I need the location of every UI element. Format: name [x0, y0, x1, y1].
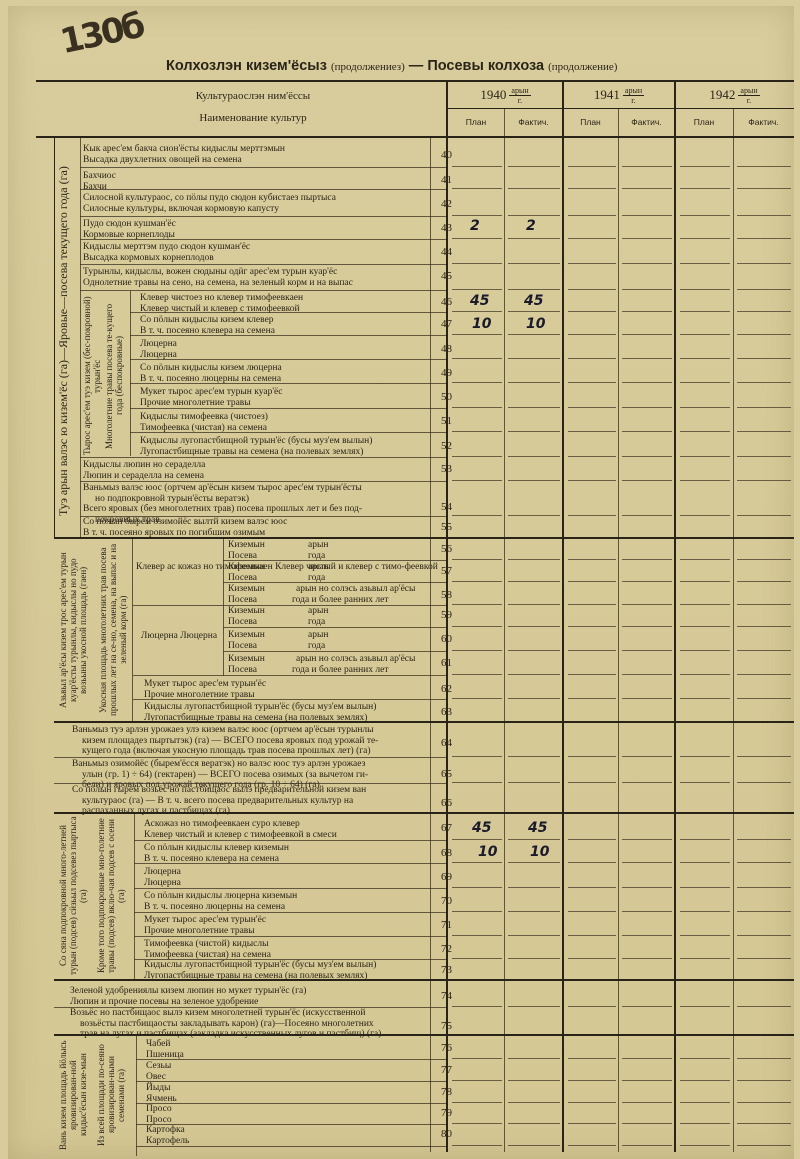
cell-underline [568, 382, 616, 383]
row-56: КиземынарынПосевагода [228, 540, 265, 561]
row-rule [130, 335, 446, 336]
cell-underline [508, 782, 560, 783]
cell-underline [508, 334, 560, 335]
row-number: 61 [438, 657, 455, 669]
row-rule [136, 1103, 446, 1104]
row-number: 66 [438, 797, 455, 809]
col-plan-1940: План [448, 110, 504, 134]
cell-underline [680, 650, 730, 651]
handwritten-page-number: 130б [57, 6, 146, 62]
cell-underline [508, 407, 560, 408]
col-divider [733, 108, 734, 1152]
cell-underline [508, 358, 560, 359]
cell-underline [568, 1123, 616, 1124]
cell-underline [622, 626, 672, 627]
cell-underline [508, 604, 560, 605]
row-number: 53 [438, 463, 455, 475]
row-80: КартофкаКартофель [146, 1125, 189, 1146]
cell-underline [452, 839, 502, 840]
row-number: 68 [438, 847, 455, 859]
row-76: ЧабейПшеница [146, 1039, 184, 1060]
cell-underline [680, 1080, 730, 1081]
cell-underline [508, 862, 560, 863]
cell-underline [737, 862, 791, 863]
cell-underline [452, 289, 502, 290]
row-number: 80 [438, 1128, 455, 1140]
cell-underline [622, 238, 672, 239]
cell-underline [737, 674, 791, 675]
cell-underline [568, 480, 616, 481]
row-73: Кидыслы лугопастбищной турын'ёс (бусы му… [144, 960, 376, 981]
row-rule [134, 888, 446, 889]
year-header-1940: 1940 арынг. [448, 82, 563, 108]
cell-underline [568, 650, 616, 651]
group-label-hay-area-ru: Укосная площадь многолетних трав посева … [98, 541, 130, 719]
cell-underline [737, 1080, 791, 1081]
row-number: 79 [438, 1107, 455, 1119]
col-plan-1942: План [675, 110, 733, 134]
label-clover-group: Клевер ас кожаз но тимофеевкаен Клевер ч… [136, 562, 222, 573]
cell-underline [622, 188, 672, 189]
cell-underline [680, 480, 730, 481]
culture-name-russian: Наименование культур [68, 108, 438, 128]
cell-underline [622, 839, 672, 840]
cell-underline [737, 215, 791, 216]
col-divider [504, 108, 505, 1152]
row-number: 63 [438, 706, 455, 718]
fact-1940-row-46[interactable]: 45 [524, 293, 543, 309]
cell-underline [680, 311, 730, 312]
row-rule [80, 481, 446, 482]
row-64: Ваньмыз туэ арлэн урожаез улэ кизем валэ… [72, 725, 378, 757]
cell-underline [452, 782, 502, 783]
cell-underline [568, 581, 616, 582]
group-label-vernalized-ru: Из всей площади по-сеяно яровизирован-ны… [96, 1038, 136, 1152]
cell-underline [622, 650, 672, 651]
row-rule [54, 757, 446, 758]
cell-underline [568, 559, 616, 560]
cell-underline [568, 1006, 616, 1007]
cell-underline [508, 581, 560, 582]
row-rule [133, 605, 446, 606]
cell-underline [452, 515, 502, 516]
culture-name-udmurt: Культураослэн ним'ёссы [68, 86, 438, 106]
cell-underline [508, 1102, 560, 1103]
cell-underline [737, 382, 791, 383]
cell-underline [508, 431, 560, 432]
cell-underline [680, 887, 730, 888]
cell-underline [568, 334, 616, 335]
cell-underline [508, 958, 560, 959]
cell-underline [737, 334, 791, 335]
cell-underline [737, 515, 791, 516]
row-66: Со пӧлын гырем возьёс но пастбищаос вылэ… [72, 785, 366, 817]
row-75: Возьёс но пастбищаос вылэ кизем многолет… [70, 1008, 381, 1040]
cell-underline [508, 480, 560, 481]
cell-underline [568, 431, 616, 432]
cell-underline [737, 958, 791, 959]
row-number: 47 [438, 318, 455, 330]
cell-underline [680, 604, 730, 605]
fact-1940-row-68[interactable]: 10 [530, 844, 549, 860]
row-number: 51 [438, 415, 455, 427]
row-rule [130, 383, 446, 384]
cell-underline [508, 215, 560, 216]
col-divider [562, 82, 564, 1152]
row-number: 41 [438, 174, 455, 186]
cell-underline [737, 911, 791, 912]
row-number: 56 [438, 543, 455, 555]
cell-underline [452, 188, 502, 189]
plan-1940-row-43[interactable]: 2 [470, 218, 480, 234]
row-rule [54, 783, 446, 784]
cell-underline [680, 1102, 730, 1103]
row-rule [80, 167, 446, 168]
row-number: 64 [438, 737, 455, 749]
cell-underline [568, 215, 616, 216]
row-number: 46 [438, 296, 455, 308]
row-rule [80, 457, 446, 458]
row-rule [223, 627, 446, 628]
row-rule [223, 560, 446, 561]
row-number: 58 [438, 589, 455, 601]
row-51: Кидыслы тимофеевка (чистоез)Тимофеевка (… [140, 412, 268, 433]
row-77: СезьыОвес [146, 1061, 171, 1082]
cell-underline [680, 431, 730, 432]
fact-1940-row-47[interactable]: 10 [526, 316, 545, 332]
year-1941: 1941 [594, 87, 620, 103]
cell-underline [622, 958, 672, 959]
cell-underline [737, 263, 791, 264]
year-suffix: арынг. [623, 86, 644, 105]
cell-underline [452, 1145, 502, 1146]
cell-underline [737, 358, 791, 359]
row-52: Кидыслы лугопастбищной турын'ёс (бусы му… [140, 436, 372, 457]
group-label-spring-sowing: Туэ арын валэс ю кизем'ёс (га)—Яровые—по… [58, 146, 80, 536]
cell-underline [737, 604, 791, 605]
cell-underline [622, 515, 672, 516]
row-50: Мукет тырос арес'ем турын куар'ёсПрочие … [140, 387, 282, 408]
cell-underline [508, 911, 560, 912]
cell-underline [452, 559, 502, 560]
cell-underline [452, 238, 502, 239]
cell-underline [622, 887, 672, 888]
cell-underline [452, 311, 502, 312]
row-74: Зеленой удобрениялы кизем люпин но мукет… [70, 986, 306, 1007]
cell-underline [622, 911, 672, 912]
cell-underline [622, 215, 672, 216]
row-rule [223, 582, 446, 583]
row-rule [133, 699, 446, 700]
group-label-perennial-ru: Многолетние травы посева те-кущего года … [104, 296, 128, 456]
cell-underline [680, 911, 730, 912]
cell-underline [680, 626, 730, 627]
col-plan-1941: План [563, 110, 618, 134]
cell-underline [452, 431, 502, 432]
cell-underline [568, 756, 616, 757]
group-divider [132, 539, 133, 721]
cell-underline [568, 289, 616, 290]
cell-underline [622, 1145, 672, 1146]
cell-underline [680, 1123, 730, 1124]
group-divider [80, 138, 81, 538]
cell-underline [452, 166, 502, 167]
cell-underline [568, 674, 616, 675]
cell-underline [452, 334, 502, 335]
row-71: Мукет тырос арес'ем турын'ёсПрочие много… [144, 915, 266, 936]
cell-underline [680, 958, 730, 959]
row-rule [133, 675, 446, 676]
cell-underline [568, 935, 616, 936]
row-67: Аскожаз но тимофеевкаен суро клеверКлеве… [144, 819, 337, 840]
cell-underline [622, 756, 672, 757]
row-number: 50 [438, 391, 455, 403]
row-70: Со пӧлын кидыслы люцерна киземынВ т. ч. … [144, 891, 297, 912]
cell-underline [622, 1058, 672, 1059]
cell-underline [568, 1102, 616, 1103]
cell-underline [680, 1145, 730, 1146]
row-61: Киземынарын но солэсь азьвыл ар'ёсыПосев… [228, 654, 265, 675]
row-79: ПросоПросо [146, 1104, 172, 1125]
cell-underline [680, 1006, 730, 1007]
cell-underline [452, 1058, 502, 1059]
cell-underline [737, 698, 791, 699]
row-number: 78 [438, 1086, 455, 1098]
cell-underline [508, 311, 560, 312]
title-russian: Посевы колхоза [427, 58, 544, 74]
cell-underline [568, 887, 616, 888]
row-55: Со пӧлын бырем озимойёс вылтй кизем валэ… [83, 517, 287, 538]
row-42: Силосной культураос, со пӧлы пудо сюдон … [83, 193, 336, 214]
cell-underline [622, 559, 672, 560]
cell-underline [680, 756, 730, 757]
cell-underline [452, 756, 502, 757]
row-number: 70 [438, 895, 455, 907]
row-number: 52 [438, 440, 455, 452]
cell-underline [568, 698, 616, 699]
row-number: 44 [438, 246, 455, 258]
row-rule [134, 863, 446, 864]
row-69: ЛюцернаЛюцерна [144, 867, 181, 888]
row-rule [130, 359, 446, 360]
page-title: Колхозлэн кизем'ёсыз (продолжениез) — По… [166, 58, 726, 74]
group-label-undersown-ru: Кроме того подпокровные мно-голетние тра… [96, 816, 132, 976]
fact-1940-row-43[interactable]: 2 [526, 218, 536, 234]
cell-underline [568, 263, 616, 264]
cell-underline [680, 215, 730, 216]
cell-underline [508, 166, 560, 167]
cell-underline [568, 166, 616, 167]
cell-underline [508, 839, 560, 840]
row-57: КиземынарынПосевагода [228, 562, 265, 583]
cell-underline [737, 839, 791, 840]
cell-underline [622, 674, 672, 675]
row-number: 62 [438, 683, 455, 695]
cell-underline [622, 358, 672, 359]
cell-underline [680, 289, 730, 290]
row-number: 69 [438, 871, 455, 883]
title-dash: — [409, 58, 424, 74]
cell-underline [508, 515, 560, 516]
cell-underline [622, 782, 672, 783]
cell-underline [452, 862, 502, 863]
row-number: 40 [438, 149, 455, 161]
cell-underline [737, 166, 791, 167]
cell-underline [508, 1145, 560, 1146]
cell-underline [452, 480, 502, 481]
cell-underline [508, 626, 560, 627]
row-48: ЛюцернаЛюцерна [140, 339, 177, 360]
cell-underline [622, 1123, 672, 1124]
cell-underline [508, 935, 560, 936]
cell-underline [568, 626, 616, 627]
cell-underline [568, 238, 616, 239]
row-58: Киземынарын но солэсь азьвыл ар'ёсыПосев… [228, 584, 265, 605]
cell-underline [508, 559, 560, 560]
year-subheader-rule [448, 108, 794, 109]
row-number: 49 [438, 367, 455, 379]
row-68: Со пӧлын кидыслы клевер киземынВ т. ч. п… [144, 843, 289, 864]
cell-underline [452, 935, 502, 936]
cell-underline [568, 456, 616, 457]
cell-underline [737, 407, 791, 408]
cell-underline [508, 698, 560, 699]
group-divider [134, 814, 135, 979]
row-number: 60 [438, 633, 455, 645]
label-lucerne-group: Люцерна Люцерна [136, 631, 222, 642]
cell-underline [452, 911, 502, 912]
cell-underline [737, 311, 791, 312]
row-rule [136, 1146, 446, 1147]
cell-underline [737, 1102, 791, 1103]
row-number: 42 [438, 198, 455, 210]
cell-underline [568, 515, 616, 516]
col-divider [618, 108, 619, 1152]
cell-underline [622, 431, 672, 432]
title-udmurt: Колхозлэн кизем'ёсыз [166, 58, 327, 74]
cell-underline [680, 674, 730, 675]
cell-underline [508, 756, 560, 757]
row-rule [223, 651, 446, 652]
plan-1940-row-46[interactable]: 45 [470, 293, 489, 309]
row-46: Клевер чистоез но клевер тимофеевкаенКле… [140, 293, 303, 314]
cell-underline [680, 263, 730, 264]
cell-underline [622, 1102, 672, 1103]
col-divider [674, 82, 676, 1152]
cell-underline [680, 862, 730, 863]
row-number: 72 [438, 943, 455, 955]
year-1942: 1942 [709, 87, 735, 103]
cell-underline [680, 698, 730, 699]
cell-underline [508, 650, 560, 651]
row-59: КиземынарынПосевагода [228, 606, 265, 627]
cell-underline [508, 1123, 560, 1124]
cell-underline [622, 935, 672, 936]
group-divider [54, 138, 55, 538]
cell-underline [452, 650, 502, 651]
cell-underline [508, 188, 560, 189]
row-number: 67 [438, 822, 455, 834]
cell-underline [622, 581, 672, 582]
cell-underline [568, 958, 616, 959]
row-number: 57 [438, 565, 455, 577]
cell-underline [452, 1123, 502, 1124]
cell-underline [568, 311, 616, 312]
row-45: Турынлы, кидыслы, вожен сюдыны одӥг арес… [83, 267, 353, 288]
cell-underline [737, 456, 791, 457]
cell-underline [680, 358, 730, 359]
cell-underline [622, 289, 672, 290]
cell-underline [452, 581, 502, 582]
cell-underline [737, 581, 791, 582]
row-rule [134, 840, 446, 841]
row-63: Кидыслы лугопастбищной турын'ёс (бусы му… [144, 702, 376, 723]
cell-underline [737, 887, 791, 888]
cell-underline [737, 559, 791, 560]
row-number: 45 [438, 270, 455, 282]
cell-underline [508, 382, 560, 383]
cell-underline [508, 456, 560, 457]
cell-underline [680, 407, 730, 408]
cell-underline [622, 166, 672, 167]
row-number: 59 [438, 609, 455, 621]
row-number: 77 [438, 1064, 455, 1076]
cell-underline [622, 334, 672, 335]
cell-underline [508, 887, 560, 888]
cell-underline [452, 604, 502, 605]
plan-1940-row-68[interactable]: 10 [478, 844, 497, 860]
row-rule [134, 936, 446, 937]
cell-underline [568, 1058, 616, 1059]
group-label-perennial-udm: Тырос арес'ем туэ кизем (бес-покровной) … [82, 296, 106, 456]
cell-underline [680, 1058, 730, 1059]
col-fact-1941: Фактич. [618, 110, 675, 134]
cell-underline [622, 604, 672, 605]
year-suffix: арынг. [509, 86, 530, 105]
plan-1940-row-67[interactable]: 45 [472, 820, 491, 836]
cell-underline [737, 1006, 791, 1007]
row-number: 73 [438, 964, 455, 976]
row-number: 55 [438, 521, 455, 533]
plan-1940-row-47[interactable]: 10 [472, 316, 491, 332]
row-44: Кидыслы мерттэм пудо сюдон кушман'ёсВыса… [83, 242, 250, 263]
cell-underline [452, 958, 502, 959]
cell-underline [568, 839, 616, 840]
cell-underline [680, 334, 730, 335]
row-53: Кидыслы люпин но сераделлаЛюпин и сераде… [83, 460, 205, 481]
cell-underline [737, 626, 791, 627]
cell-underline [737, 188, 791, 189]
cell-underline [680, 382, 730, 383]
col-fact-1940: Фактич. [504, 110, 563, 134]
cell-underline [452, 1080, 502, 1081]
fact-1940-row-67[interactable]: 45 [528, 820, 547, 836]
cell-underline [737, 782, 791, 783]
cell-underline [568, 782, 616, 783]
year-header-1942: 1942 арынг. [675, 82, 794, 108]
row-rule [80, 239, 446, 240]
row-number: 43 [438, 222, 455, 234]
cell-underline [622, 1080, 672, 1081]
row-number: 71 [438, 919, 455, 931]
header-bottom-rule [36, 136, 794, 138]
document-page: 130б Колхозлэн кизем'ёсыз (продолжениез)… [8, 6, 794, 1159]
cell-underline [508, 263, 560, 264]
cell-underline [737, 238, 791, 239]
cell-underline [568, 407, 616, 408]
cell-underline [680, 581, 730, 582]
cell-underline [680, 782, 730, 783]
